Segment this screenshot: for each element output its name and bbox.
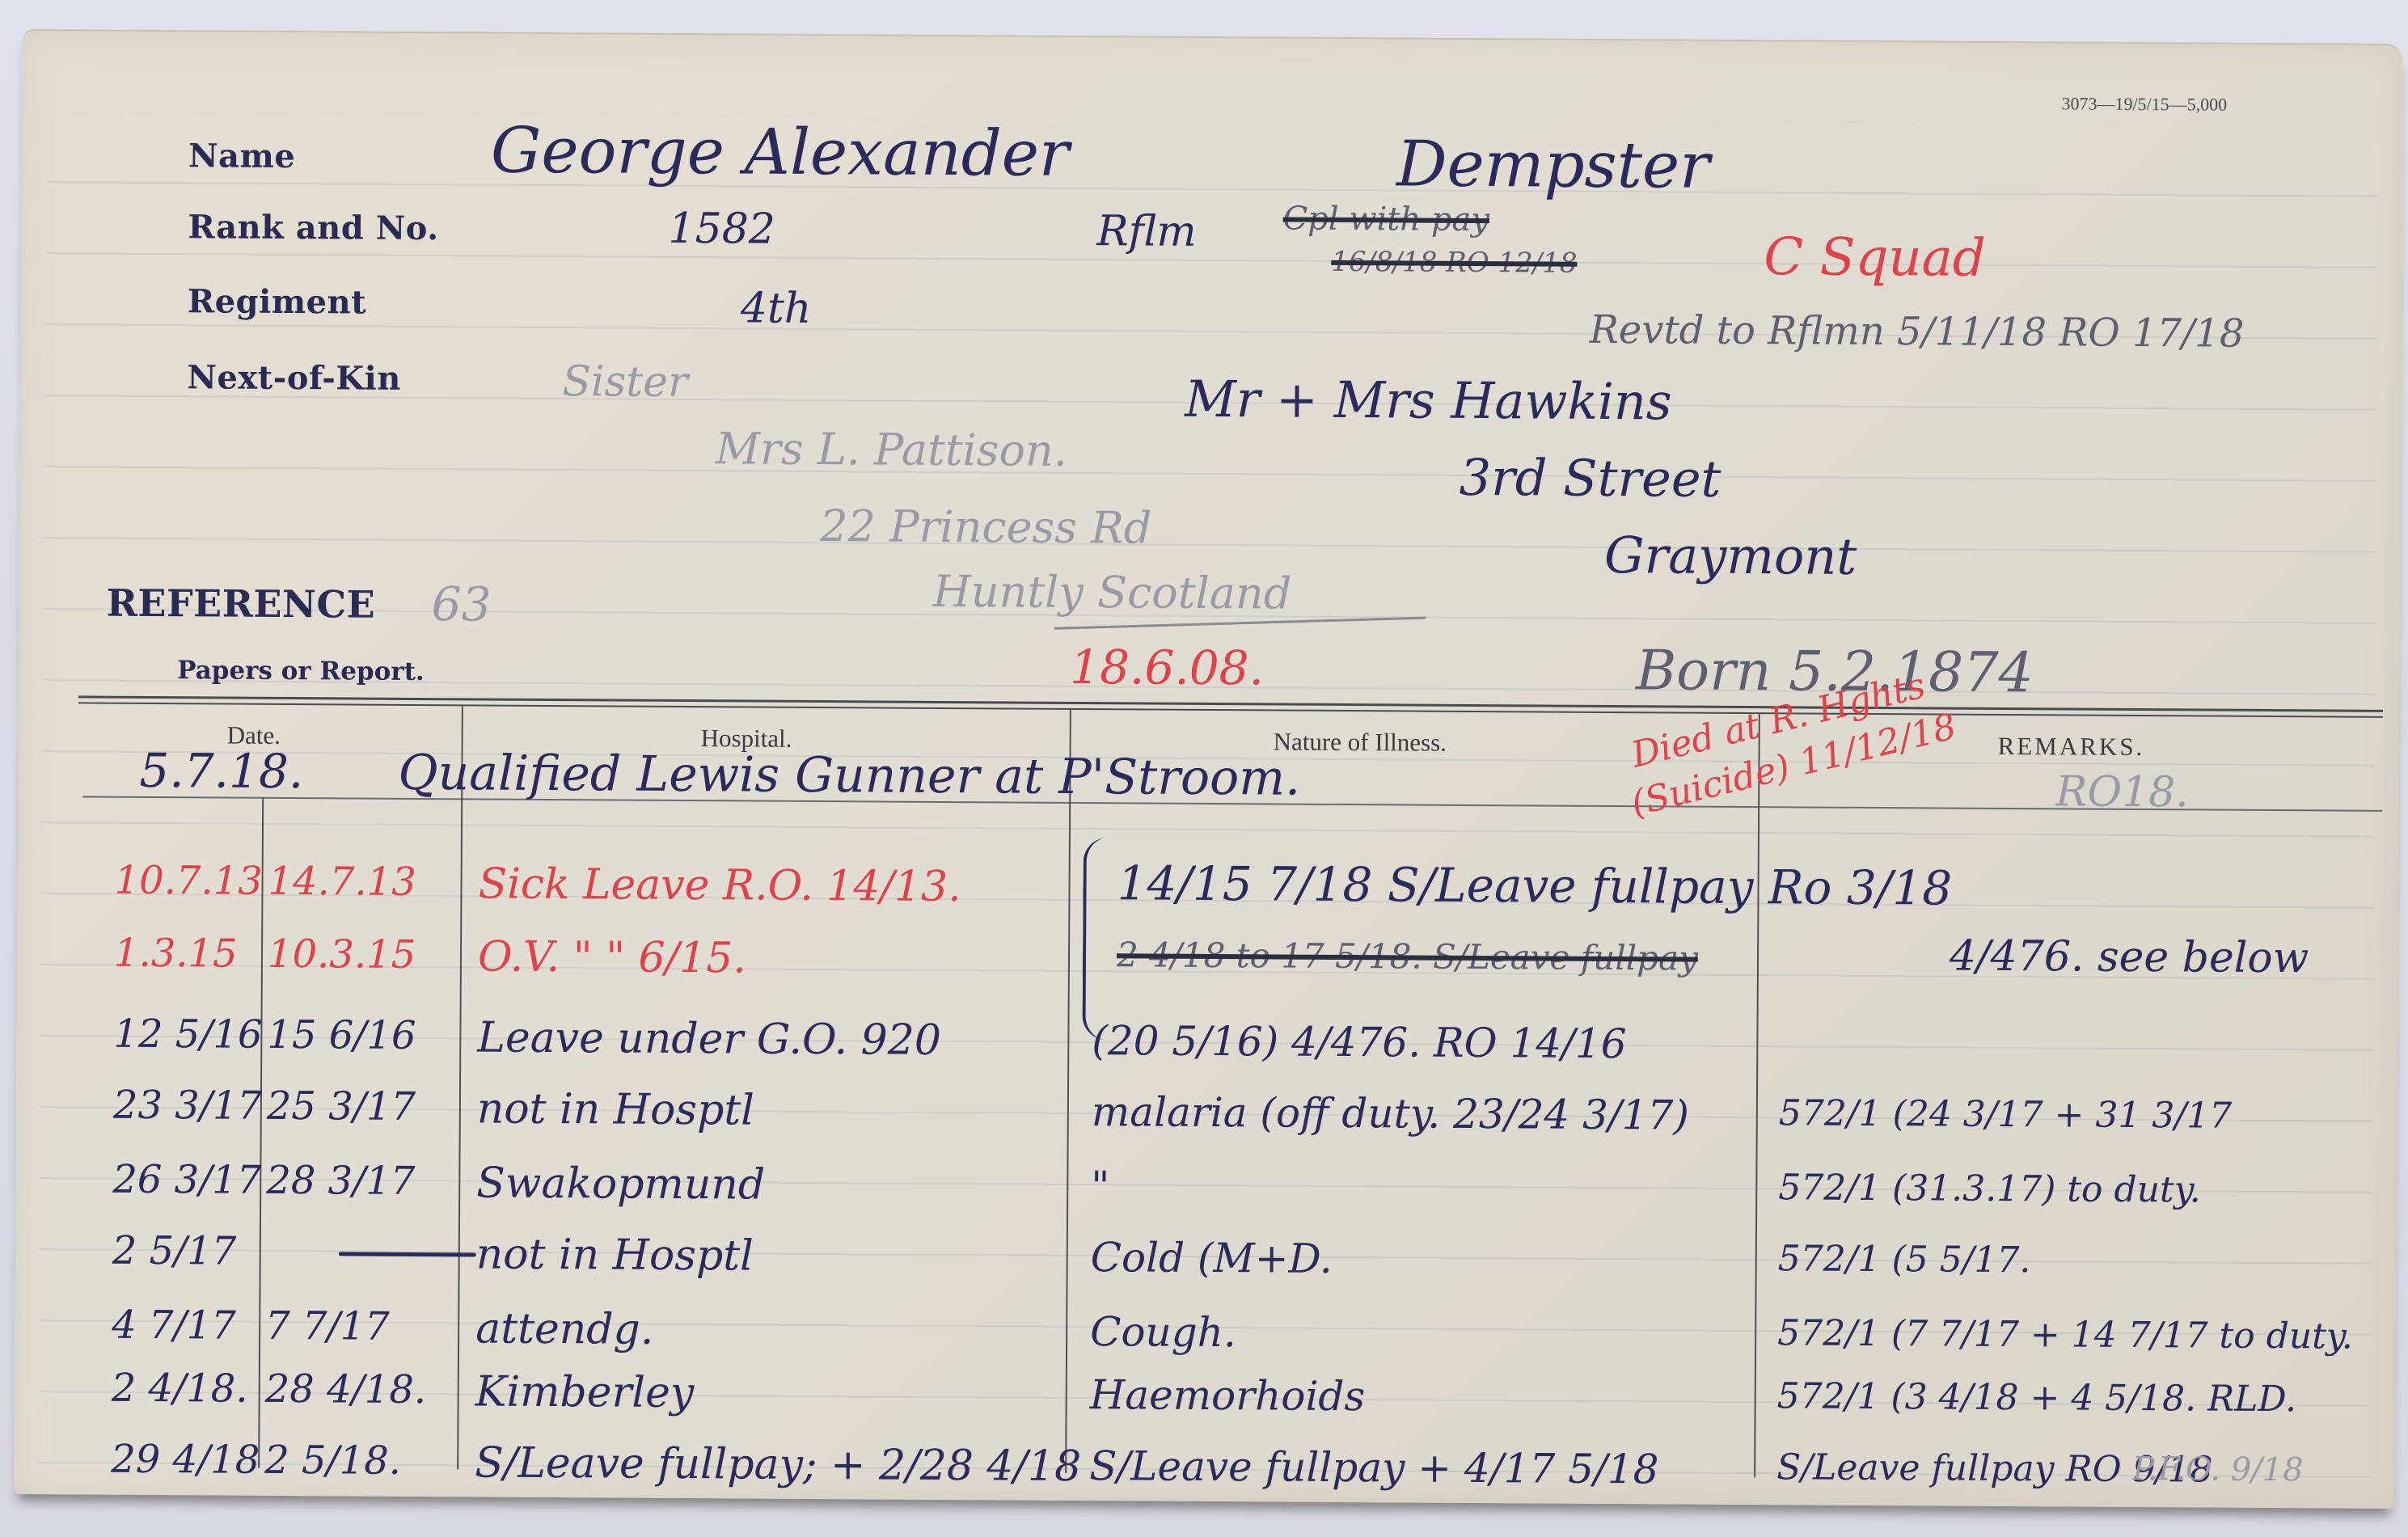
form-number: 3073—19/5/15—5,000 (2061, 93, 2227, 115)
cell-hospital: O.V. " " 6/15. (478, 932, 746, 982)
remark-ro18: RO18. (2055, 767, 2189, 817)
cell-remarks: 572/1 (3 4/18 + 4 5/18. RLD. (1777, 1375, 2297, 1420)
nok-old-name: Mrs L. Pattison. (716, 423, 1068, 476)
table-row: 1.3.1510.3.15O.V. " " 6/15. (23, 31, 2403, 45)
table-row: 10.7.1314.7.13Sick Leave R.O. 14/13. (23, 31, 2403, 45)
soldier-regiment: 4th (741, 284, 812, 333)
cell-from: 2 4/18. (112, 1366, 248, 1412)
header-remarks: REMARKS. (1998, 732, 2145, 762)
cell-remarks: 572/1 (5 5/17. (1778, 1238, 2031, 1281)
cell-to: 28 4/18. (265, 1366, 427, 1412)
reference-number: 63 (431, 576, 491, 631)
cell-from: 23 3/17 (113, 1083, 262, 1129)
nok-address-2: Graymont (1604, 526, 1857, 586)
soldier-surname: Dempster (1396, 128, 1710, 202)
cell-illness: Cough. (1090, 1308, 1236, 1356)
cell-hospital: Kimberley (475, 1367, 695, 1417)
cell-illness: " (1091, 1163, 1109, 1210)
cell-from: 26 3/17 (112, 1157, 261, 1203)
label-regiment: Regiment (188, 282, 366, 321)
cell-to: 10.3.15 (268, 931, 416, 978)
cell-hospital: S/Leave fullpay; + 2/28 4/18 (475, 1438, 1081, 1491)
squad: C Squad (1764, 227, 1986, 289)
cell-from: 2 5/17 (112, 1228, 237, 1274)
cell-from: 10.7.13 (114, 858, 263, 904)
brace-mark (1082, 838, 1111, 1040)
nok-address-1: 3rd Street (1459, 448, 1721, 509)
struck-rank-ref: 16/8/18 RO 12/18 (1331, 246, 1577, 280)
table-row: 23 3/1725 3/17not in Hosptlmalaria (off … (23, 31, 2403, 45)
cell-remarks: 572/1 (7 7/17 + 14 7/17 to duty. (1777, 1312, 2353, 1357)
footer-note: P.F.O. 9/18 (2132, 1450, 2304, 1488)
cell-to: 7 7/17 (265, 1303, 390, 1349)
cell-to: 15 6/16 (267, 1012, 416, 1058)
nok-old-relation: Sister (562, 357, 688, 407)
label-reference: REFERENCE (107, 581, 376, 627)
nok-name: Mr + Mrs Hawkins (1185, 369, 1672, 432)
cell-hospital: Leave under G.O. 920 (477, 1013, 941, 1065)
brace-note-2-struck: 2 4/18 to 17 5/18. S/Leave fullpay (1117, 935, 1698, 978)
nok-old-address-2: Huntly Scotland (933, 566, 1292, 619)
cell-illness: Cold (M+D. (1091, 1234, 1333, 1282)
label-name: Name (188, 137, 296, 175)
cell-from: 29 4/18 (111, 1437, 260, 1483)
nok-old-address-1: 22 Princess Rd (820, 500, 1151, 554)
struck-rank: Cpl with pay (1282, 201, 1489, 239)
cell-illness: Haemorhoids (1090, 1371, 1366, 1420)
cell-to: 14.7.13 (268, 859, 416, 905)
qualified-note: Qualified Lewis Gunner at P'Stroom. (398, 745, 1300, 807)
cell-illness: (20 5/16) 4/476. RO 14/16 (1092, 1017, 1627, 1067)
soldier-number: 1582 (668, 205, 775, 254)
table-row: 29 4/182 5/18.S/Leave fullpay; + 2/28 4/… (23, 31, 2403, 45)
cell-hospital: Swakopmund (476, 1159, 765, 1209)
cell-illness: S/Leave fullpay + 4/17 5/18 (1089, 1442, 1659, 1493)
table-row: 2 5/17not in HosptlCold (M+D.572/1 (5 5/… (23, 31, 2403, 45)
table-row: 2 4/18.28 4/18.KimberleyHaemorhoids572/1… (23, 31, 2403, 45)
cell-hospital: not in Hosptl (476, 1230, 754, 1280)
label-next-of-kin: Next-of-Kin (187, 358, 401, 398)
table-row: 4 7/177 7/17attendg.Cough.572/1 (7 7/17 … (23, 31, 2403, 45)
cell-hospital: Sick Leave R.O. 14/13. (478, 859, 961, 911)
cell-hospital: not in Hosptl (477, 1084, 754, 1134)
cell-to: 2 5/18. (264, 1438, 401, 1484)
papers-date: 18.6.08. (1070, 640, 1264, 695)
cell-to: 28 3/17 (266, 1158, 415, 1204)
cell-hospital: attendg. (475, 1304, 654, 1353)
cell-from: 1.3.15 (114, 931, 238, 977)
brace-note-2-tail: 4/476. see below (1950, 932, 2309, 983)
empty-date-dash (339, 1252, 476, 1256)
reverted-note: Revtd to Rflmn 5/11/18 RO 17/18 (1590, 307, 2245, 357)
cell-from: 12 5/16 (113, 1011, 262, 1058)
soldier-rank: Rflm (1096, 207, 1197, 256)
cell-from: 4 7/17 (112, 1303, 236, 1349)
table-row: 12 5/1615 6/16Leave under G.O. 920(20 5/… (23, 31, 2403, 45)
label-papers-or-report: Papers or Report. (177, 656, 425, 686)
label-rank-no: Rank and No. (188, 208, 438, 247)
medical-history-card: 3073—19/5/15—5,000 Name Rank and No. Reg… (14, 29, 2403, 1509)
table-row: 26 3/1728 3/17Swakopmund"572/1 (31.3.17)… (23, 31, 2403, 45)
cell-to: 25 3/17 (267, 1083, 416, 1130)
illness-rows: 10.7.1314.7.13Sick Leave R.O. 14/13.1.3.… (23, 31, 2403, 45)
brace-note-1: 14/15 7/18 S/Leave fullpay Ro 3/18 (1117, 855, 1952, 915)
cell-illness: malaria (off duty. 23/24 3/17) (1092, 1088, 1689, 1139)
qualified-date: 5.7.18. (139, 743, 303, 799)
cell-remarks: 572/1 (24 3/17 + 31 3/17 (1779, 1092, 2233, 1136)
cell-remarks: 572/1 (31.3.17) to duty. (1778, 1167, 2201, 1210)
soldier-first-names: George Alexander (491, 115, 1070, 191)
